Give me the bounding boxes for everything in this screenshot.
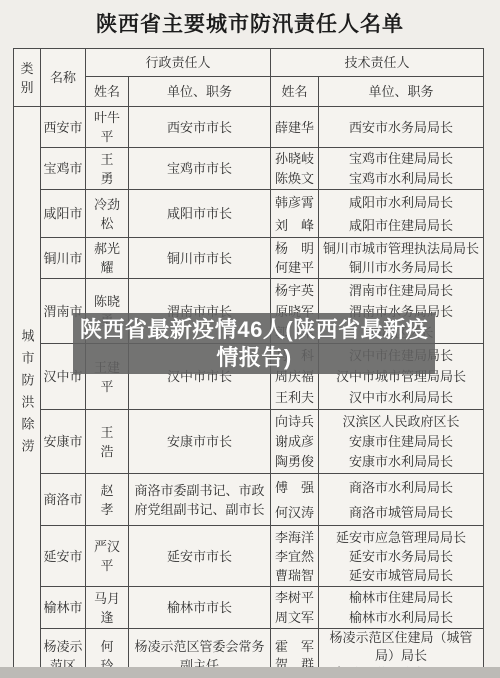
tech-unit-cell: 咸阳市水利局局长咸阳市住建局局长	[319, 190, 484, 238]
tech-person-unit: 铜川市水务局局长	[321, 258, 481, 277]
city-cell: 延安市	[41, 526, 86, 587]
tech-person-unit: 宝鸡市水利局局长	[321, 169, 481, 189]
header-name: 名称	[41, 49, 86, 107]
table-row: 延安市严汉平延安市市长李海洋李宜然曹瑞智延安市应急管理局局长延安市水务局局长延安…	[14, 526, 484, 587]
admin-name-cell: 王 勇	[86, 148, 129, 190]
tech-person-unit: 杨凌示范区住建局（城管局）局长	[321, 629, 481, 665]
city-cell: 安康市	[41, 410, 86, 474]
admin-unit-cell: 延安市市长	[129, 526, 271, 587]
admin-name-cell: 叶牛平	[86, 107, 129, 148]
admin-name-cell: 严汉平	[86, 526, 129, 587]
table-row: 铜川市郝光耀铜川市市长杨 明何建平铜川市城市管理执法局局长铜川市水务局局长	[14, 238, 484, 279]
tech-person-name: 周文军	[273, 608, 316, 628]
admin-unit-cell: 宝鸡市市长	[129, 148, 271, 190]
admin-unit-cell: 商洛市委副书记、市政府党组副书记、副市长	[129, 474, 271, 526]
tech-person-unit: 咸阳市水利局局长	[321, 191, 481, 214]
tech-person-unit: 渭南市住建局局长	[321, 280, 481, 301]
tech-unit-cell: 铜川市城市管理执法局局长铜川市水务局局长	[319, 238, 484, 279]
tech-person-name: 李树平	[273, 588, 316, 608]
watermark-caption-banner: 陕西省最新疫情46人(陕西省最新疫情报告)	[73, 313, 435, 374]
header-tech-unit: 单位、职务	[319, 77, 484, 107]
admin-unit-cell: 西安市市长	[129, 107, 271, 148]
tech-name-cell: 李海洋李宜然曹瑞智	[271, 526, 319, 587]
tech-person-name: 孙晓岐	[273, 149, 316, 169]
tech-person-name: 傅 强	[273, 475, 316, 500]
header-tech-group: 技术责任人	[271, 49, 484, 77]
admin-unit-cell: 铜川市市长	[129, 238, 271, 279]
city-cell: 西安市	[41, 107, 86, 148]
admin-name-cell: 王 浩	[86, 410, 129, 474]
tech-person-name: 何汉涛	[273, 500, 316, 525]
tech-unit-cell: 榆林市住建局局长榆林市水利局局长	[319, 587, 484, 629]
document-page: 陕西省主要城市防汛责任人名单 类别 名称 行政责任人 技术责任人 姓名 单位、职…	[0, 0, 500, 678]
city-cell: 宝鸡市	[41, 148, 86, 190]
tech-person-name: 韩彦霄	[273, 191, 316, 214]
tech-person-unit: 商洛市水利局局长	[321, 475, 481, 500]
tech-person-unit: 咸阳市住建局局长	[321, 214, 481, 237]
header-admin-group: 行政责任人	[86, 49, 271, 77]
admin-unit-cell: 咸阳市市长	[129, 190, 271, 238]
tech-person-name: 陶勇俊	[273, 452, 316, 472]
tech-person-name: 谢成彦	[273, 432, 316, 452]
scan-bottom-edge	[0, 667, 500, 678]
tech-name-cell: 韩彦霄刘 峰	[271, 190, 319, 238]
table-row: 宝鸡市王 勇宝鸡市市长孙晓岐陈焕文宝鸡市住建局局长宝鸡市水利局局长	[14, 148, 484, 190]
header-admin-person: 姓名	[86, 77, 129, 107]
category-cell: 城市防洪除涝	[14, 107, 41, 678]
admin-unit-cell: 安康市市长	[129, 410, 271, 474]
table-row: 咸阳市冷劲松咸阳市市长韩彦霄刘 峰咸阳市水利局局长咸阳市住建局局长	[14, 190, 484, 238]
admin-name-cell: 赵 孝	[86, 474, 129, 526]
tech-name-cell: 李树平周文军	[271, 587, 319, 629]
table-row: 榆林市马月逢榆林市市长李树平周文军榆林市住建局局长榆林市水利局局长	[14, 587, 484, 629]
header-tech-person: 姓名	[271, 77, 319, 107]
table-row: 安康市王 浩安康市市长向诗兵谢成彦陶勇俊汉滨区人民政府区长安康市住建局局长安康市…	[14, 410, 484, 474]
tech-name-cell: 向诗兵谢成彦陶勇俊	[271, 410, 319, 474]
admin-name-cell: 冷劲松	[86, 190, 129, 238]
tech-person-unit: 安康市水利局局长	[321, 452, 481, 472]
tech-person-unit: 汉滨区人民政府区长	[321, 412, 481, 432]
tech-name-cell: 薛建华	[271, 107, 319, 148]
tech-unit-cell: 商洛市水利局局长商洛市城管局局长	[319, 474, 484, 526]
tech-person-name: 李宜然	[273, 547, 316, 566]
tech-person-unit: 西安市水务局局长	[321, 108, 481, 147]
tech-name-cell: 杨 明何建平	[271, 238, 319, 279]
tech-person-unit: 商洛市城管局局长	[321, 500, 481, 525]
city-cell: 咸阳市	[41, 190, 86, 238]
tech-unit-cell: 宝鸡市住建局局长宝鸡市水利局局长	[319, 148, 484, 190]
header-admin-unit: 单位、职务	[129, 77, 271, 107]
tech-person-name: 陈焕文	[273, 169, 316, 189]
table-row: 城市防洪除涝西安市叶牛平西安市市长薛建华西安市水务局局长	[14, 107, 484, 148]
tech-person-unit: 汉中市水利局局长	[321, 387, 481, 408]
header-category: 类别	[14, 49, 41, 107]
header-row-groups: 类别 名称 行政责任人 技术责任人	[14, 49, 484, 77]
city-cell: 铜川市	[41, 238, 86, 279]
table-row: 商洛市赵 孝商洛市委副书记、市政府党组副书记、副市长傅 强何汉涛商洛市水利局局长…	[14, 474, 484, 526]
page-title: 陕西省主要城市防汛责任人名单	[0, 8, 500, 38]
tech-person-name: 曹瑞智	[273, 566, 316, 585]
tech-person-unit: 延安市水务局局长	[321, 547, 481, 566]
admin-name-cell: 马月逢	[86, 587, 129, 629]
tech-person-name: 霍 军	[273, 638, 316, 656]
city-cell: 榆林市	[41, 587, 86, 629]
tech-person-unit: 延安市城管局局长	[321, 566, 481, 585]
tech-person-name: 向诗兵	[273, 412, 316, 432]
tech-person-name: 刘 峰	[273, 214, 316, 237]
tech-name-cell: 傅 强何汉涛	[271, 474, 319, 526]
admin-unit-cell: 榆林市市长	[129, 587, 271, 629]
tech-person-unit: 宝鸡市住建局局长	[321, 149, 481, 169]
tech-person-name: 李海洋	[273, 528, 316, 547]
tech-unit-cell: 延安市应急管理局局长延安市水务局局长延安市城管局局长	[319, 526, 484, 587]
tech-person-unit: 榆林市住建局局长	[321, 588, 481, 608]
tech-person-name: 何建平	[273, 258, 316, 277]
tech-name-cell: 孙晓岐陈焕文	[271, 148, 319, 190]
tech-unit-cell: 西安市水务局局长	[319, 107, 484, 148]
tech-person-name: 薛建华	[273, 108, 316, 147]
tech-person-name: 杨 明	[273, 239, 316, 258]
city-cell: 商洛市	[41, 474, 86, 526]
tech-person-name: 杨宇英	[273, 280, 316, 301]
tech-person-unit: 榆林市水利局局长	[321, 608, 481, 628]
admin-name-cell: 郝光耀	[86, 238, 129, 279]
tech-person-unit: 安康市住建局局长	[321, 432, 481, 452]
tech-person-unit: 铜川市城市管理执法局局长	[321, 239, 481, 258]
tech-person-unit: 延安市应急管理局局长	[321, 528, 481, 547]
tech-person-name: 王利夫	[273, 387, 316, 408]
tech-unit-cell: 汉滨区人民政府区长安康市住建局局长安康市水利局局长	[319, 410, 484, 474]
